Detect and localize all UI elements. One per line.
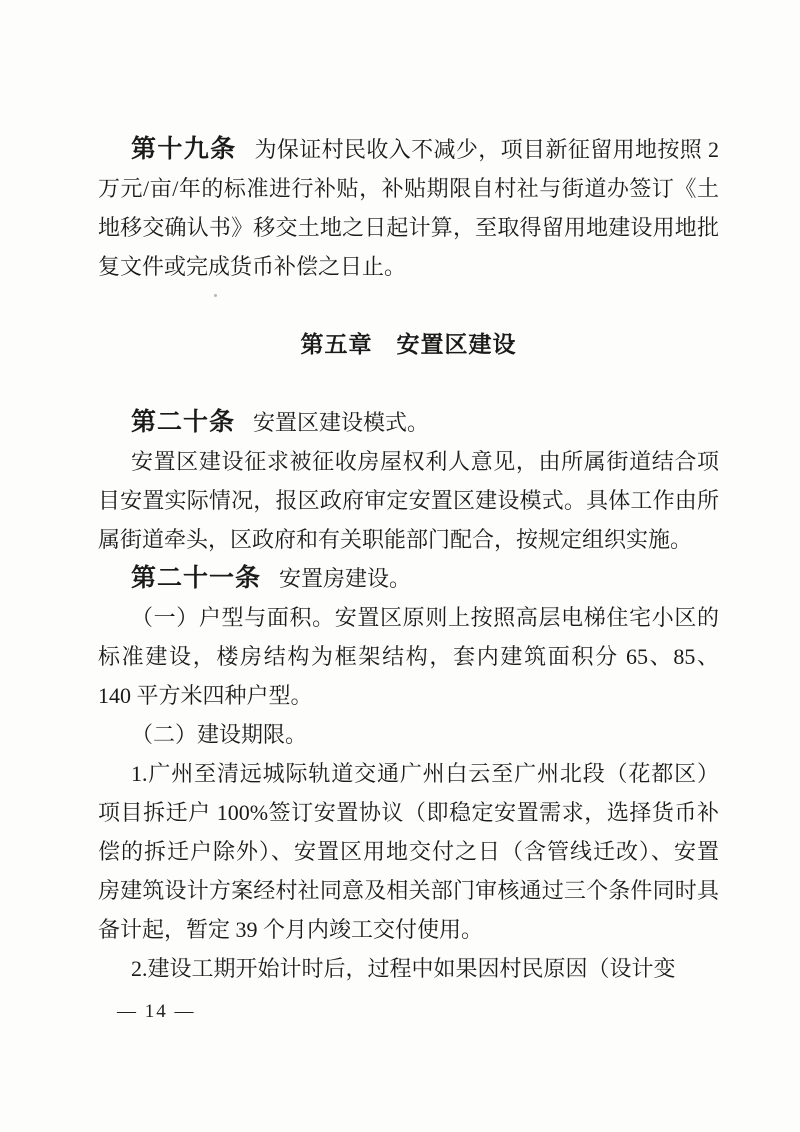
text-line: 1.广州至清远城际轨道交通广州白云至广州北段（花都区）: [98, 754, 719, 793]
text-line: （二）建设期限。: [98, 715, 719, 754]
text-line: 偿的拆迁户除外）、安置区用地交付之日（含管线迁改）、安置: [98, 832, 719, 871]
text-line: 房建筑设计方案经村社同意及相关部门审核通过三个条件同时具: [98, 871, 719, 910]
text-line: 标准建设，楼房结构为框架结构，套内建筑面积分 65、85、110、: [98, 637, 719, 676]
text-line: 第二十条安置区建设模式。: [98, 403, 719, 442]
text-line: 属街道牵头，区政府和有关职能部门配合，按规定组织实施。: [98, 520, 719, 559]
document-page: 第十九条为保证村民收入不减少，项目新征留用地按照 2 万元/亩/年的标准进行补贴…: [0, 0, 800, 1132]
chapter-heading: 第五章 安置区建设: [98, 325, 719, 364]
text-line: 万元/亩/年的标准进行补贴，补贴期限自村社与街道办签订《土: [98, 169, 719, 208]
article-20-number: 第二十条: [131, 408, 235, 436]
article-21-number: 第二十一条: [131, 564, 261, 592]
text-line: 第十九条为保证村民收入不减少，项目新征留用地按照 2: [98, 130, 719, 169]
text-line: 140 平方米四种户型。: [98, 676, 719, 715]
article-19-number: 第十九条: [131, 135, 237, 163]
line-text: 安置区建设模式。: [253, 410, 429, 435]
page-number: — 14 —: [117, 998, 196, 1026]
text-line: 复文件或完成货币补偿之日止。: [98, 247, 719, 286]
text-line: 第二十一条安置房建设。: [98, 559, 719, 598]
text-line: 备计起，暂定 39 个月内竣工交付使用。: [98, 910, 719, 949]
document-body: 第十九条为保证村民收入不减少，项目新征留用地按照 2 万元/亩/年的标准进行补贴…: [98, 130, 719, 988]
scan-speck: [214, 294, 217, 297]
line-text: 为保证村民收入不减少，项目新征留用地按照 2: [255, 137, 719, 162]
text-line: 地移交确认书》移交土地之日起计算，至取得留用地建设用地批: [98, 208, 719, 247]
text-line: 2.建设工期开始计时后，过程中如果因村民原因（设计变更、: [98, 949, 719, 988]
text-line: 目安置实际情况，报区政府审定安置区建设模式。具体工作由所: [98, 481, 719, 520]
text-line: 项目拆迁户 100%签订安置协议（即稳定安置需求，选择货币补: [98, 793, 719, 832]
text-line: 安置区建设征求被征收房屋权利人意见，由所属街道结合项: [98, 442, 719, 481]
line-text: 安置房建设。: [279, 566, 411, 591]
text-line: （一）户型与面积。安置区原则上按照高层电梯住宅小区的: [98, 598, 719, 637]
